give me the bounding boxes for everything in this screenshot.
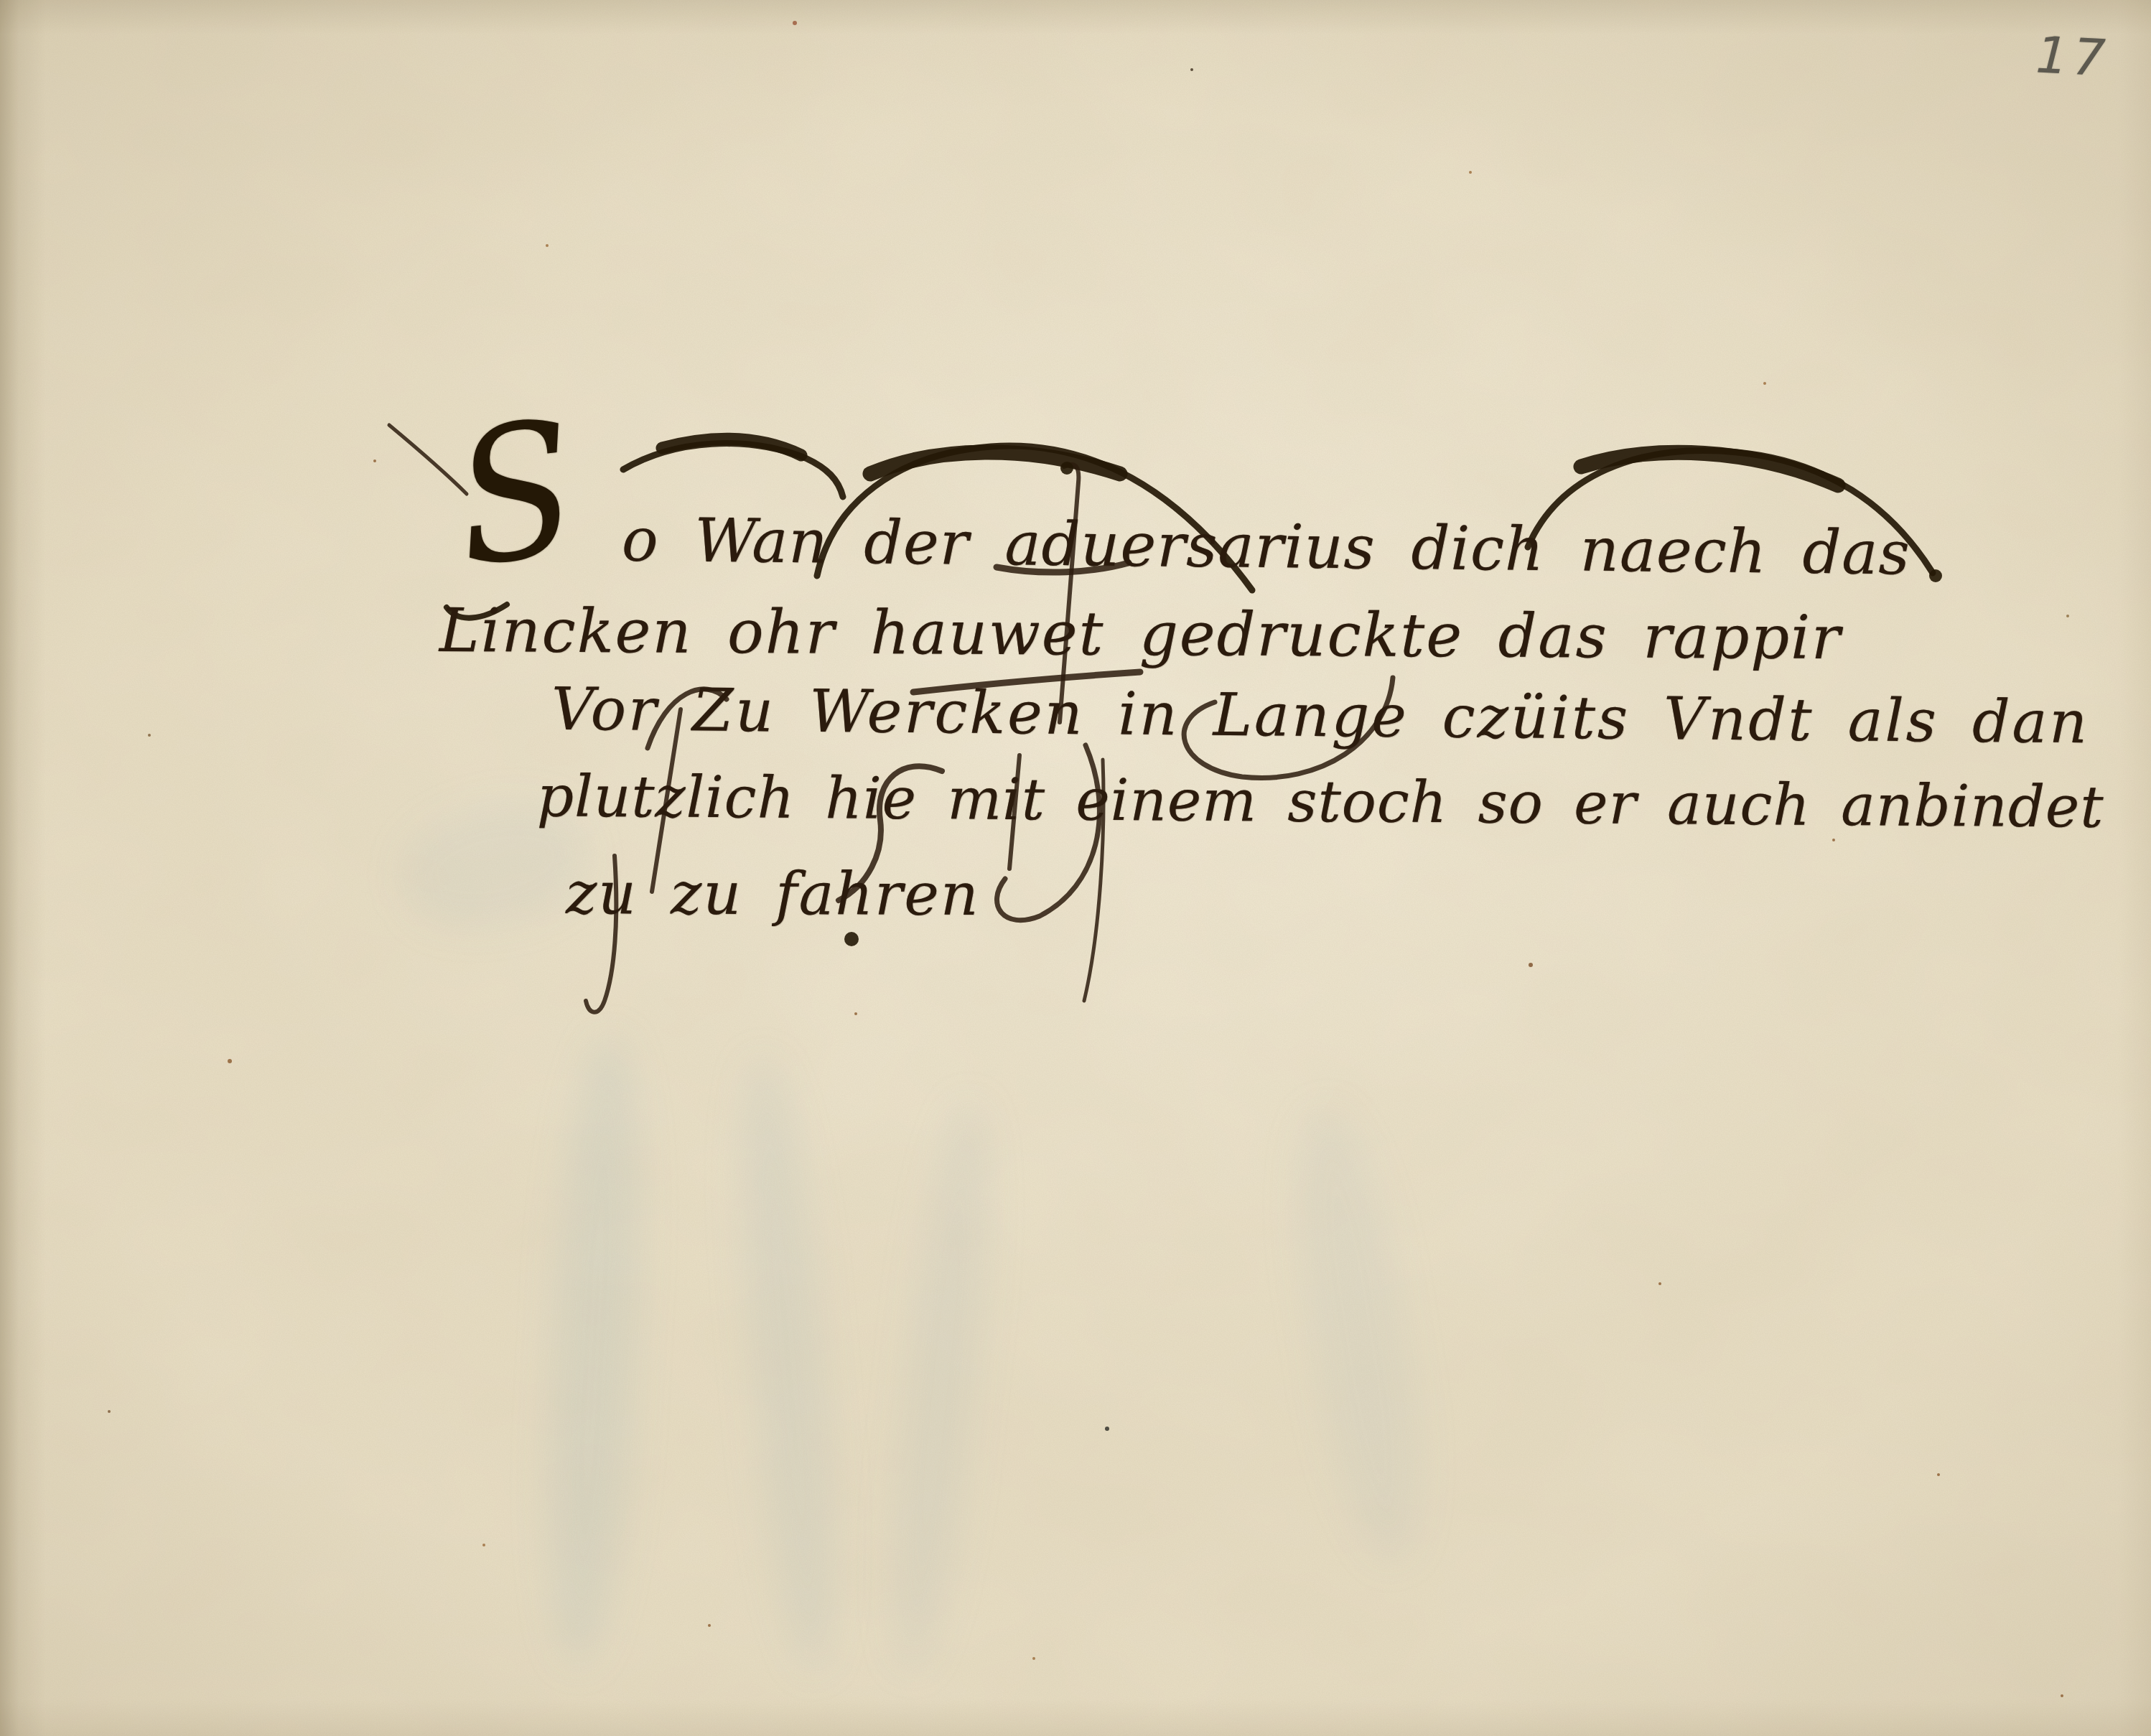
manuscript-line: o Wan der aduersarius dich naech das: [622, 505, 1911, 589]
manuscript-line: Vor Zu Wercken in Lange czüits Vndt als …: [551, 676, 2090, 757]
manuscript-line: plutzlich hie mit einem stoch so er auch…: [537, 762, 2104, 840]
manuscript-page: 17 S: [0, 0, 2151, 1736]
initial-letter: S: [447, 396, 585, 594]
manuscript-line: zu zu fahren: [566, 859, 980, 929]
manuscript-line: Lincken ohr hauwet gedruckte das rappir: [439, 595, 1842, 673]
folio-number: 17: [2035, 25, 2112, 88]
paper-background: [0, 0, 2151, 1736]
